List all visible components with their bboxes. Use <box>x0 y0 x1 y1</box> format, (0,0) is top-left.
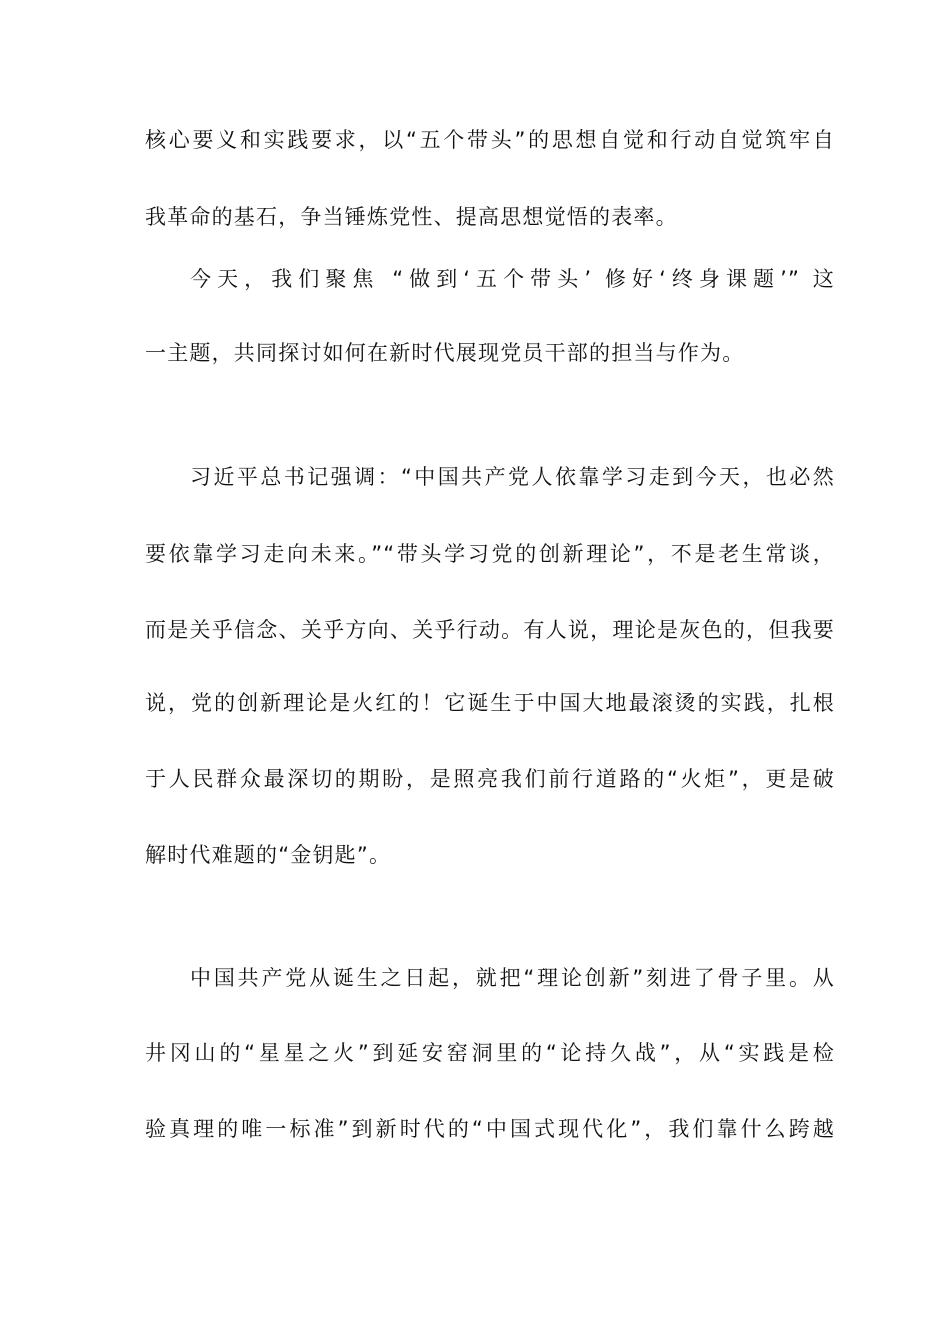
paragraph-3-line-3: 而是关乎信念、关乎方向、关乎行动。有人说，理论是灰色的，但我要 <box>145 615 835 645</box>
paragraph-3-line-5: 于人民群众最深切的期盼，是照亮我们前行道路的“火炬”，更是破 <box>145 764 835 794</box>
paragraph-4-line-1: 中国共产党从诞生之日起，就把“理论创新”刻进了骨子里。从 <box>190 963 835 993</box>
paragraph-2-line-1: 今天，我们聚焦 “做到‘五个带头’ 修好‘终身课题’” 这 <box>190 264 835 294</box>
paragraph-3-line-1: 习近平总书记强调：“中国共产党人依靠学习走到今天，也必然 <box>190 462 835 492</box>
paragraph-4-line-3: 验真理的唯一标准”到新时代的“中国式现代化”，我们靠什么跨越 <box>145 1114 835 1144</box>
document-page: 核心要义和实践要求，以“五个带头”的思想自觉和行动自觉筑牢自 我革命的基石，争当… <box>0 0 950 1344</box>
paragraph-1-line-2: 我革命的基石，争当锤炼党性、提高思想觉悟的表率。 <box>145 202 835 232</box>
paragraph-4-line-2: 井冈山的“星星之火”到延安窑洞里的“论持久战”，从“实践是检 <box>145 1038 835 1068</box>
paragraph-1-line-1: 核心要义和实践要求，以“五个带头”的思想自觉和行动自觉筑牢自 <box>145 125 835 155</box>
paragraph-3-line-6: 解时代难题的“金钥匙”。 <box>145 840 835 870</box>
paragraph-3-line-4: 说，党的创新理论是火红的！它诞生于中国大地最滚烫的实践，扎根 <box>145 688 835 718</box>
paragraph-2-line-2: 一主题，共同探讨如何在新时代展现党员干部的担当与作为。 <box>145 338 835 368</box>
paragraph-3-line-2: 要依靠学习走向未来。”“带头学习党的创新理论”，不是老生常谈， <box>145 539 835 569</box>
